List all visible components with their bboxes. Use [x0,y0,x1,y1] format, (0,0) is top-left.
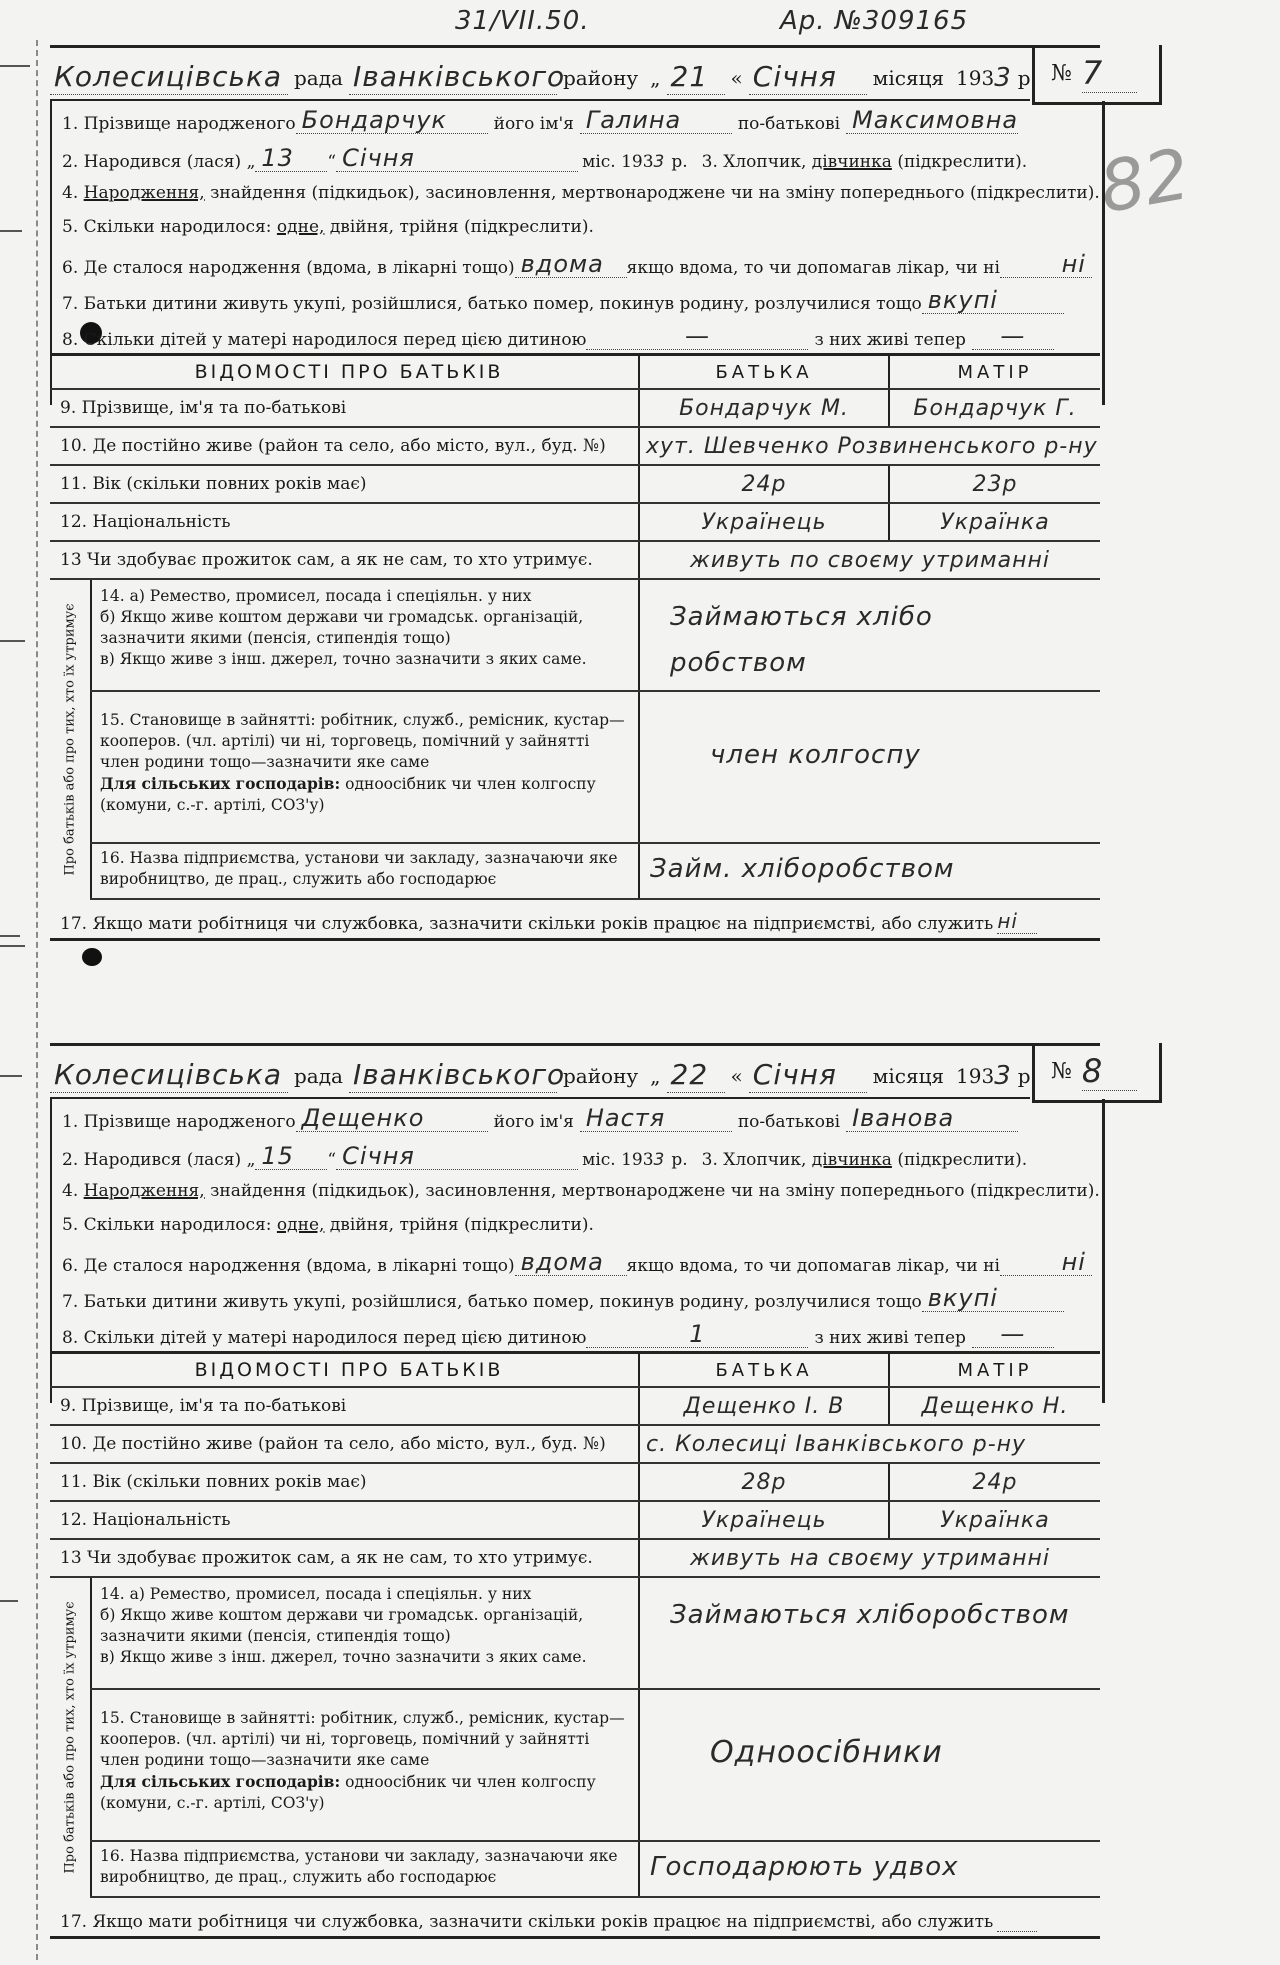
year-digit[interactable]: 3 [994,61,1012,95]
q1-row: 1. Прізвище народженого Дещенко його ім'… [62,1105,1018,1132]
occupation-field[interactable]: Займаються хліборобством [640,1578,1100,1688]
table-row: 10. Де постійно живе (район та село, або… [50,428,1100,466]
vertical-label: Про батьків або про тих, хто їх утримує [50,580,92,898]
father-residence[interactable]: хут. Шевченко Розвиненського р-ну [640,428,1100,464]
q4-row: 4. Народження, знайдення (підкидьок), за… [62,183,1100,203]
father-residence[interactable]: с. Колесиці Іванківського р-ну [640,1426,1100,1462]
table-row: 12. Національність Українець Українка [50,504,1100,542]
father-nationality[interactable]: Українець [640,504,890,540]
q17-row: 17. Якщо мати робітниця чи службовка, за… [50,898,1100,934]
q6-row: 6. Де сталося народження (вдома, в лікар… [62,1249,1092,1276]
binding-margin [36,40,38,1960]
annotation-archive-number: Ар. №309165 [780,6,968,36]
q8-row: 8. Скільки дітей у матері народилося пер… [62,323,1054,350]
record-number[interactable]: 8 [1082,1052,1137,1091]
parents-status-field[interactable]: вкупі [922,287,1064,314]
employment-status-field[interactable]: Одноосібники [640,1690,1100,1840]
father-age[interactable]: 24р [640,466,890,502]
table-row: 11. Вік (скільки повних років має) 24р 2… [50,466,1100,504]
father-nationality[interactable]: Українець [640,1502,890,1538]
q17-row: 17. Якщо мати робітниця чи службовка, за… [50,1896,1100,1932]
children-alive-field[interactable]: — [972,1321,1054,1348]
q1-row: 1. Прізвище народженого Бондарчук його і… [62,107,1018,134]
table-row: 13 Чи здобуває прожиток сам, а як не сам… [50,1540,1100,1578]
patronymic-field[interactable]: Іванова [846,1105,1018,1132]
birth-place-field[interactable]: вдома [515,1249,627,1276]
mother-name[interactable]: Бондарчук Г. [890,390,1100,426]
patronymic-field[interactable]: Максимовна [846,107,1018,134]
month-field[interactable]: Січня [749,1058,867,1093]
raion-field[interactable]: Іванківського [349,1058,557,1093]
children-before-field[interactable]: 1 [586,1321,808,1348]
parents-table: ВІДОМОСТІ ПРО БАТЬКІВ БАТЬКА МАТІР 9. Пр… [50,1351,1100,1939]
q14-row: 14. а) Ремество, промисел, посада і спец… [90,1578,1100,1690]
q8-row: 8. Скільки дітей у матері народилося пер… [62,1321,1054,1348]
pencil-mark: 82 [1094,133,1196,229]
employment-status-field[interactable]: член колгоспу [640,692,1100,842]
vertical-label: Про батьків або про тих, хто їх утримує [50,1578,92,1896]
day-field[interactable]: 22 [667,1058,725,1093]
annotation-date: 31/VII.50. [455,6,590,36]
mother-years-field[interactable] [997,1931,1037,1932]
record-number-box: № 7 [1032,45,1162,105]
mother-name[interactable]: Дещенко Н. [890,1388,1100,1424]
parents-status-field[interactable]: вкупі [922,1285,1064,1312]
q15-row: 15. Становище в зайнятті: робітник, служ… [90,1690,1100,1842]
mother-nationality[interactable]: Українка [890,1502,1100,1538]
q5-row: 5. Скільки народилося: одне, двійня, трі… [62,1215,594,1235]
rada-field[interactable]: Колесицівська [50,1058,288,1093]
children-before-field[interactable]: — [586,323,808,350]
record-header: Колесицівська рада Іванківського району … [50,1043,1050,1093]
father-age[interactable]: 28р [640,1464,890,1500]
occupation-section: Про батьків або про тих, хто їх утримує … [50,580,1100,898]
name-field[interactable]: Галина [580,107,732,134]
mother-age[interactable]: 24р [890,1464,1100,1500]
q15-row: 15. Становище в зайнятті: робітник, служ… [90,692,1100,844]
name-field[interactable]: Настя [580,1105,732,1132]
table-header-row: ВІДОМОСТІ ПРО БАТЬКІВ БАТЬКА МАТІР [50,356,1100,390]
girl-underlined: дівчинка [812,152,892,172]
occupation-section: Про батьків або про тих, хто їх утримує … [50,1578,1100,1896]
month-field[interactable]: Січня [749,60,867,95]
q6-row: 6. Де сталося народження (вдома, в лікар… [62,251,1092,278]
occupation-field[interactable]: Займаються хлібо робством [640,580,1100,690]
doctor-field[interactable]: ні [1000,251,1092,278]
q2-row: 2. Народився (лася) „ 15 “ Січня міс. 19… [62,1143,1027,1170]
ink-blot [82,948,102,966]
birth-day-field[interactable]: 15 [255,1143,327,1170]
q14-row: 14. а) Ремество, промисел, посада і спец… [90,580,1100,692]
father-name[interactable]: Дещенко І. В [640,1388,890,1424]
q4-row: 4. Народження, знайдення (підкидьок), за… [62,1181,1100,1201]
table-row: 11. Вік (скільки повних років має) 28р 2… [50,1464,1100,1502]
q16-row: 16. Назва підприємства, установи чи закл… [90,1842,1100,1898]
birth-month-field[interactable]: Січня [336,1143,578,1170]
table-row: 10. Де постійно живе (район та село, або… [50,1426,1100,1464]
mother-years-field[interactable]: ні [997,909,1037,934]
mother-age[interactable]: 23р [890,466,1100,502]
q7-row: 7. Батьки дитини живуть укупі, розійшлис… [62,1285,1064,1312]
table-row: 13 Чи здобуває прожиток сам, а як не сам… [50,542,1100,580]
table-row: 12. Національність Українець Українка [50,1502,1100,1540]
mother-nationality[interactable]: Українка [890,504,1100,540]
rada-field[interactable]: Колесицівська [50,60,288,95]
parents-table: ВІДОМОСТІ ПРО БАТЬКІВ БАТЬКА МАТІР 9. Пр… [50,353,1100,941]
doctor-field[interactable]: ні [1000,1249,1092,1276]
record-header: Колесицівська рада Іванківського району … [50,45,1050,95]
support-field[interactable]: живуть по своєму утриманні [640,542,1100,578]
birth-record-8: Колесицівська рада Іванківського району … [50,1043,1100,1943]
workplace-field[interactable]: Займ. хліборобством [640,844,1100,898]
record-number-box: № 8 [1032,1043,1162,1103]
surname-field[interactable]: Бондарчук [296,107,488,134]
raion-field[interactable]: Іванківського [349,60,557,95]
birth-month-field[interactable]: Січня [336,145,578,172]
father-name[interactable]: Бондарчук М. [640,390,890,426]
workplace-field[interactable]: Господарюють удвох [640,1842,1100,1896]
table-row: 9. Прізвище, ім'я та по-батькові Дещенко… [50,1388,1100,1426]
support-field[interactable]: живуть на своєму утриманні [640,1540,1100,1576]
q7-row: 7. Батьки дитини живуть укупі, розійшлис… [62,287,1064,314]
children-alive-field[interactable]: — [972,323,1054,350]
q2-row: 2. Народився (лася) „ 13 “ Січня міс. 19… [62,145,1027,172]
year-digit[interactable]: 3 [994,1059,1012,1093]
table-row: 9. Прізвище, ім'я та по-батькові Бондарч… [50,390,1100,428]
girl-underlined: дівчинка [812,1150,892,1170]
birth-place-field[interactable]: вдома [515,251,627,278]
q16-row: 16. Назва підприємства, установи чи закл… [90,844,1100,900]
record-number[interactable]: 7 [1082,54,1137,93]
birth-record-7: Колесицівська рада Іванківського району … [50,45,1100,925]
surname-field[interactable]: Дещенко [296,1105,488,1132]
table-header-row: ВІДОМОСТІ ПРО БАТЬКІВ БАТЬКА МАТІР [50,1354,1100,1388]
archive-annotation: 31/VII.50. Ар. №309165 [0,4,1280,44]
q5-row: 5. Скільки народилося: одне, двійня, трі… [62,217,594,237]
birth-day-field[interactable]: 13 [255,145,327,172]
day-field[interactable]: 21 [667,60,725,95]
